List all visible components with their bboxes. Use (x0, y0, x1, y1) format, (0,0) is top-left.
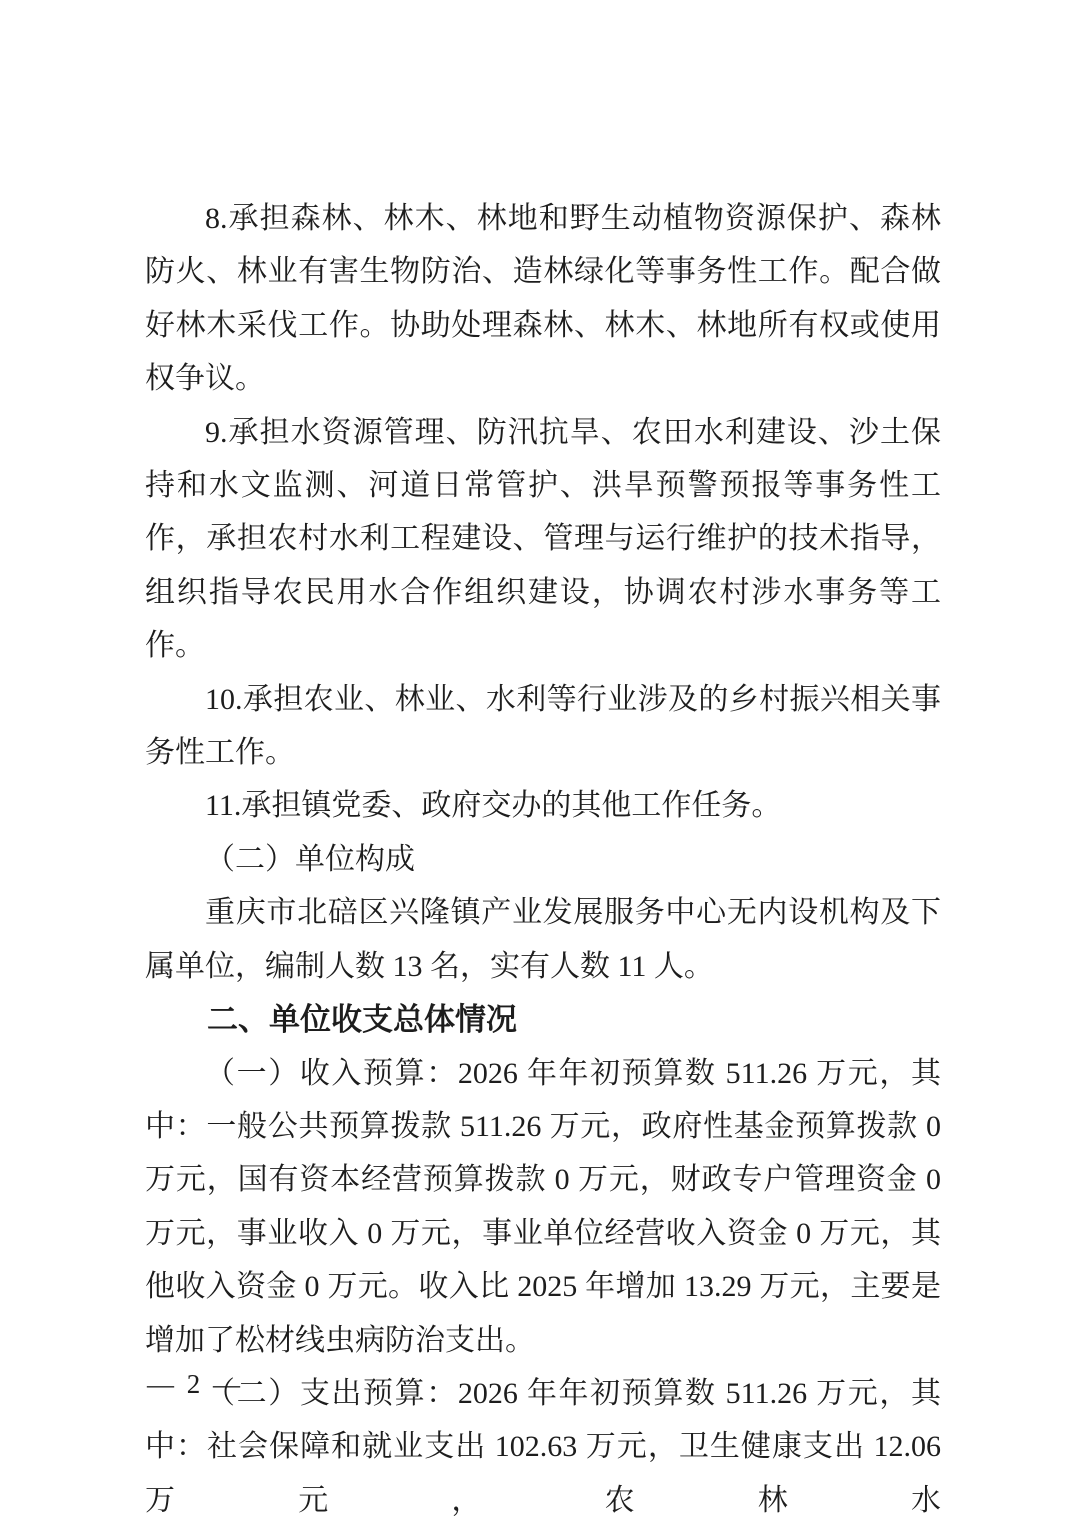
document-body: 8.承担森林、林木、林地和野生动植物资源保护、森林防火、林业有害生物防治、造林绿… (145, 192, 941, 1520)
heading-unit-composition: （二）单位构成 (145, 833, 941, 886)
paragraph-unit-composition: 重庆市北碚区兴隆镇产业发展服务中心无内设机构及下属单位，编制人数 13 名，实有… (145, 886, 941, 993)
heading-revenue-expenditure-overview: 二、单位收支总体情况 (145, 993, 941, 1046)
paragraph-revenue-budget: （一）收入预算：2026 年年初预算数 511.26 万元，其中：一般公共预算拨… (145, 1047, 941, 1367)
paragraph-expenditure-budget: （二）支出预算：2026 年年初预算数 511.26 万元，其中：社会保障和就业… (145, 1367, 941, 1520)
paragraph-duty-water-resources: 9.承担水资源管理、防汛抗旱、农田水利建设、沙土保持和水文监测、河道日常管护、洪… (145, 406, 941, 673)
paragraph-duty-forestry: 8.承担森林、林木、林地和野生动植物资源保护、森林防火、林业有害生物防治、造林绿… (145, 192, 941, 406)
revenue-budget-label: （一）收入预算： (205, 1057, 458, 1090)
paragraph-duty-rural-revitalization: 10.承担农业、林业、水利等行业涉及的乡村振兴相关事务性工作。 (145, 673, 941, 780)
document-page: 8.承担森林、林木、林地和野生动植物资源保护、森林防火、林业有害生物防治、造林绿… (0, 0, 1074, 1520)
paragraph-duty-other-tasks: 11.承担镇党委、政府交办的其他工作任务。 (145, 779, 941, 832)
revenue-budget-text: 2026 年年初预算数 511.26 万元，其中：一般公共预算拨款 511.26… (145, 1057, 941, 1357)
page-number: — 2 — (147, 1364, 243, 1404)
